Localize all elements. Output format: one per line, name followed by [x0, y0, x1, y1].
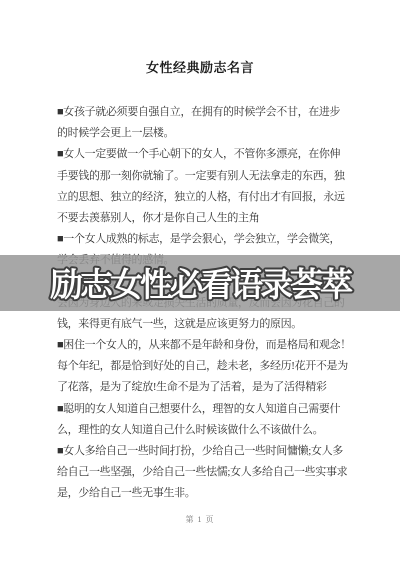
document-page: 女性经典励志名言 ■女孩子就必须要自强自立，在拥有的时候学会不甘，在进步 的时候… — [0, 0, 400, 566]
body-line: 给自己一些坚强，少给自己一些怯懦;女人多给自己一些实事求 — [57, 462, 349, 483]
body-line: 的时候学会更上一层楼。 — [57, 123, 349, 144]
body-line: ■一个女人成熟的标志，是学会狠心，学会独立，学会微笑， — [57, 229, 349, 250]
body-line: 不要去羡慕别人，你才是你自己人生的主角 — [57, 208, 349, 229]
body-line: ■聪明的女人知道自己想要什么，理智的女人知道自己需要什 — [57, 399, 349, 420]
body-line: 是，少给自己一些无事生非。 — [57, 483, 349, 504]
body-line: ■女人一定要做一个手心朝下的女人，不管你多漂亮，在你伸 — [57, 144, 349, 165]
body-line: ■女孩子就必须要自强自立，在拥有的时候学会不甘，在进步 — [57, 102, 349, 123]
body-line: ■困住一个女人的，从来都不是年龄和身份，而是格局和观念！ — [57, 335, 349, 356]
body-line: 么，理性的女人知道自己什么时候该做什么不该做什么。 — [57, 420, 349, 441]
body-line: 每个年纪，都是恰到好处的自己，趁未老，多经历!花开不是为 — [57, 356, 349, 377]
body-line: 立的思想、独立的经济，独立的人格，有付出才有回报，永远 — [57, 187, 349, 208]
body-line: 手要钱的那一刻你就输了。一定要有别人无法拿走的东西，独 — [57, 166, 349, 187]
watermark-title-graphic: 励志女性必看语录荟萃 — [0, 255, 400, 311]
page-number: 第 1 页 — [0, 514, 400, 525]
body-line: 钱，来得更有底气一些，这就是应该更努力的原因。 — [57, 314, 349, 335]
watermark-band: 励志女性必看语录荟萃 — [0, 255, 400, 311]
watermark-title: 励志女性必看语录荟萃 — [50, 266, 353, 303]
body-line: ■女人多给自己一些时间打扮，少给自己一些时间慵懒;女人多 — [57, 441, 349, 462]
body-line: 了花落，是为了绽放!生命不是为了活着，是为了活得精彩 — [57, 377, 349, 398]
document-title: 女性经典励志名言 — [0, 57, 400, 76]
